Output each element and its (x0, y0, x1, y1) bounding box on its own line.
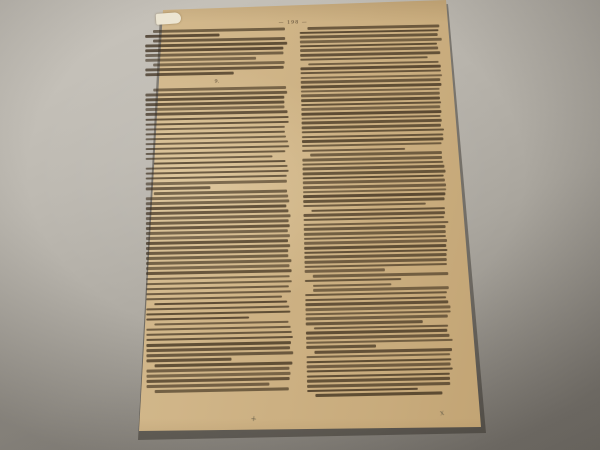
text-line (302, 142, 442, 147)
text-line (146, 130, 286, 135)
text-line (146, 316, 249, 321)
text-line (146, 155, 273, 160)
paragraph (146, 320, 294, 362)
text-line (306, 345, 377, 349)
text-line (146, 120, 289, 125)
text-line (146, 140, 289, 145)
text-line (307, 382, 451, 388)
text-line (146, 351, 293, 357)
text-line (146, 305, 289, 311)
text-line (146, 358, 231, 362)
text-line (145, 72, 234, 76)
paragraph (145, 27, 287, 37)
paragraph (303, 207, 450, 273)
text-line (146, 280, 291, 286)
paragraph (307, 391, 455, 397)
paragraph (305, 324, 453, 349)
printed-text-area: — 198 — 9. + x (145, 16, 456, 432)
pencil-mark-plus: + (250, 415, 257, 424)
text-line (145, 66, 283, 71)
text-line (146, 125, 285, 130)
text-line (146, 116, 289, 121)
text-line (304, 269, 384, 273)
text-line (146, 135, 287, 140)
paragraph (145, 86, 290, 160)
text-line (146, 285, 288, 290)
paragraph (147, 387, 295, 393)
text-line (146, 275, 289, 280)
text-line (304, 263, 446, 268)
text-line (154, 321, 288, 326)
text-line (154, 300, 287, 305)
text-line (146, 186, 211, 190)
text-line (146, 145, 289, 150)
text-line (155, 387, 290, 392)
paragraph (146, 160, 291, 190)
paragraph (304, 272, 450, 282)
paragraph (146, 189, 293, 300)
text-line (145, 57, 256, 62)
text-line (146, 180, 287, 185)
paragraph (145, 61, 288, 76)
paragraph (306, 348, 455, 392)
text-line (146, 290, 291, 296)
text-line (145, 34, 219, 38)
text-columns: 9. (145, 24, 455, 402)
text-column-left: 9. (145, 27, 294, 402)
text-line (305, 315, 448, 321)
paragraph (145, 37, 288, 62)
text-line (306, 339, 453, 345)
paragraph (146, 300, 293, 321)
text-line (315, 392, 442, 397)
text-line (312, 272, 448, 277)
paragraph (299, 24, 442, 61)
pencil-mark-x: x (439, 409, 445, 418)
text-line (145, 52, 284, 57)
text-line (304, 278, 400, 283)
text-column-right (299, 24, 455, 399)
paragraph (302, 151, 448, 207)
paragraph (300, 60, 446, 152)
text-line (146, 310, 291, 316)
text-line (146, 150, 286, 155)
text-line (145, 111, 287, 116)
text-line (147, 383, 270, 388)
text-line (312, 283, 391, 287)
text-line (146, 270, 291, 276)
paragraph (146, 362, 294, 388)
text-line (154, 160, 286, 165)
photo-of-printed-page: — 198 — 9. + x (0, 0, 600, 450)
paragraph (305, 286, 453, 325)
